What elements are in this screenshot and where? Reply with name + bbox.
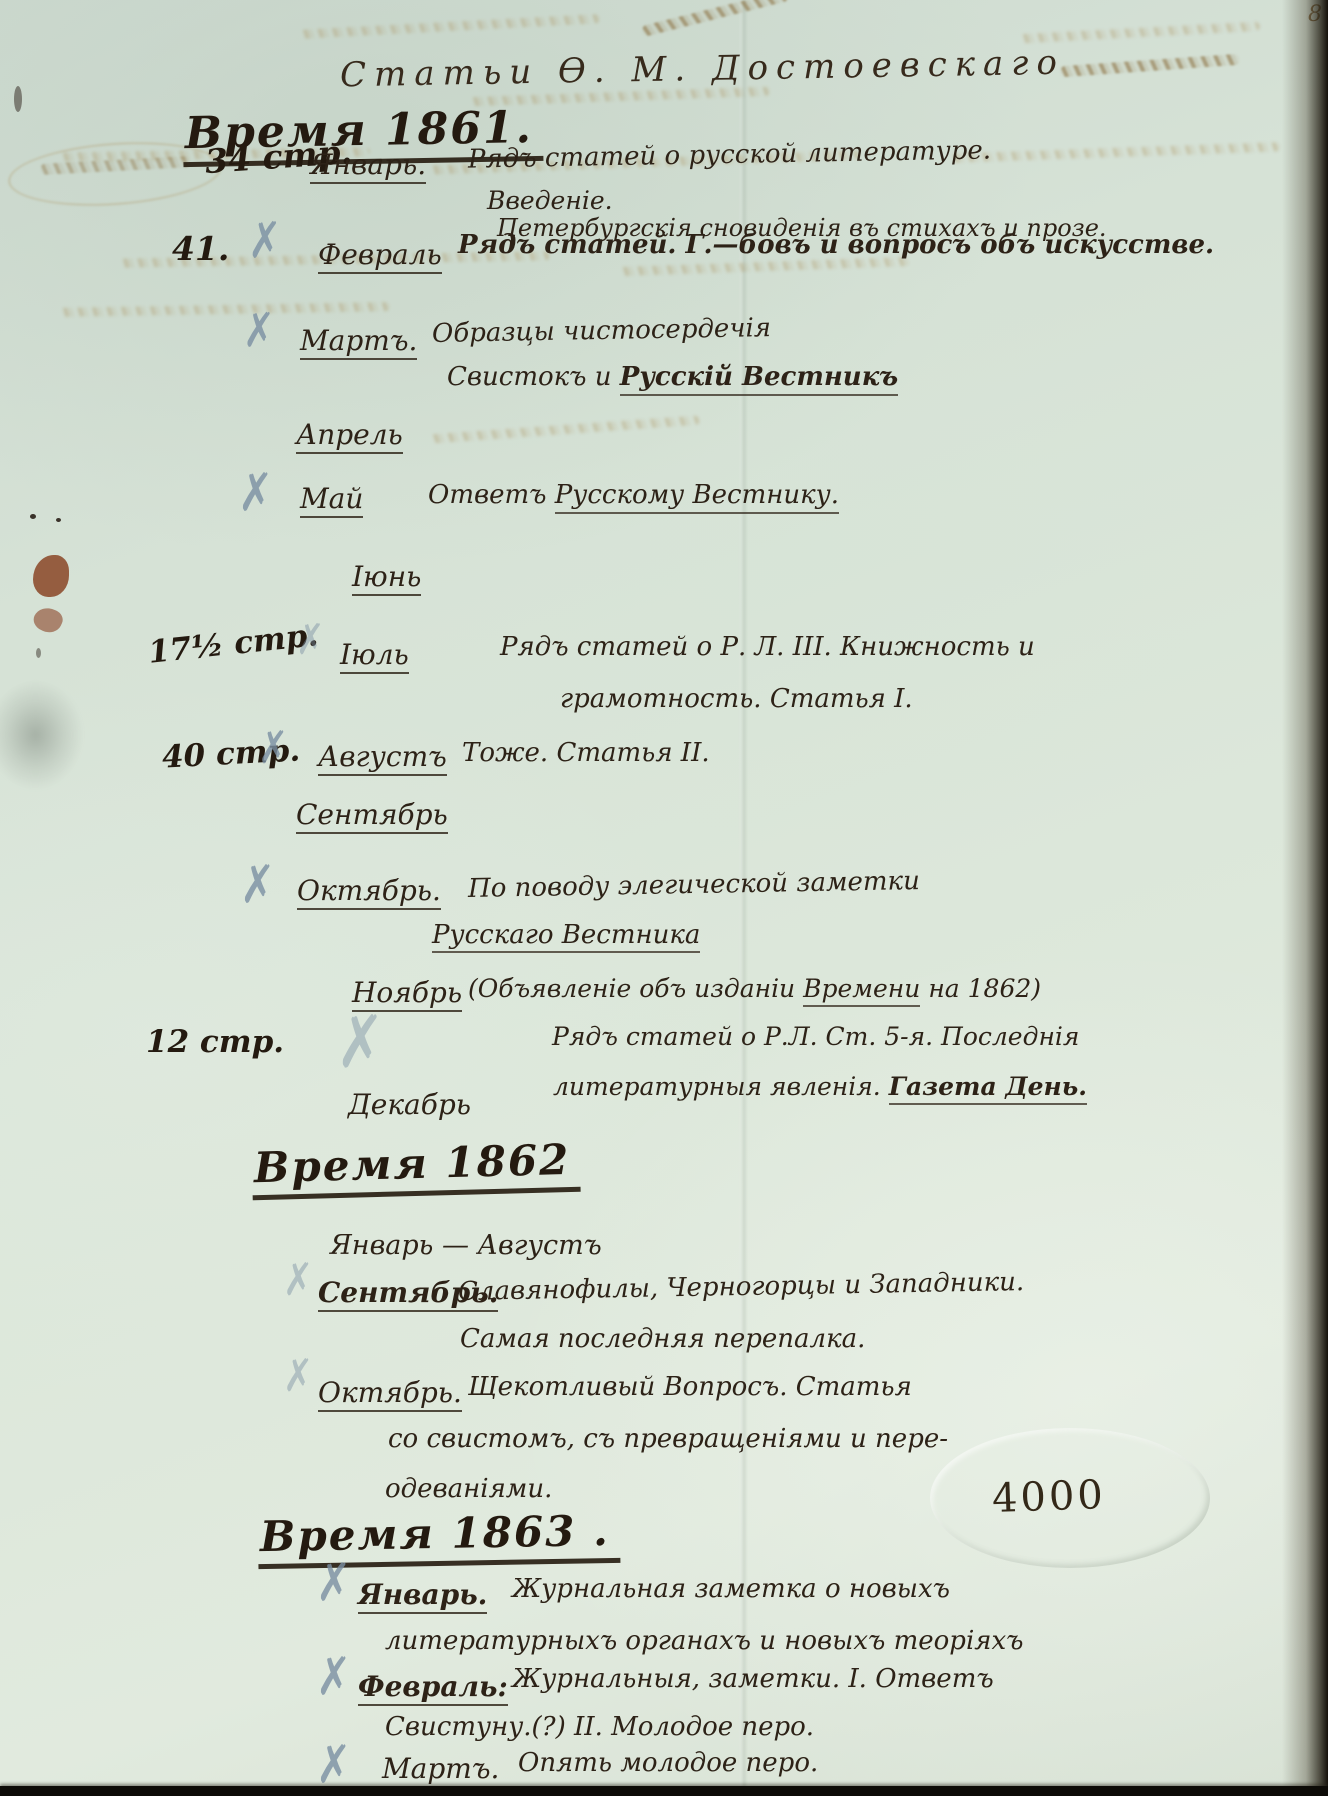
entry-text: Введеніе. (487, 188, 613, 214)
entry-text-line: Свистокъ и Русскій Вестникъ (447, 364, 898, 391)
paper-smudge (0, 680, 83, 790)
bleed-through-mark (641, 0, 789, 37)
scan-bottom-band (0, 1786, 1328, 1796)
entry-text: литературныхъ органахъ и новыхъ теоріяхъ (385, 1628, 1023, 1655)
ink-blot (30, 603, 66, 637)
entry-pages: 17½ стр. (147, 619, 320, 669)
ink-blot (33, 555, 69, 597)
entry-text: Рядъ статей о русской литературе. (468, 137, 991, 173)
bleed-through-mark (1020, 22, 1260, 44)
entry-text: одеваніями. (385, 1476, 552, 1503)
check-mark-icon: ✗ (316, 1646, 351, 1707)
section-heading-1863: Время 1863 . (258, 1509, 621, 1569)
bleed-through-mark (950, 142, 1280, 163)
ink-speck (30, 514, 36, 519)
entry-text-underlined: Времени (803, 974, 920, 1007)
entry-text-underlined: Русскій Вестникъ (620, 362, 898, 396)
entry-month: Февраль (318, 240, 442, 274)
check-mark-icon: ✗ (238, 462, 273, 523)
entry-text-underlined: Русскому Вестнику. (555, 480, 839, 514)
entry-month: Январь. (310, 150, 426, 184)
entry-month: Декабрь (348, 1090, 471, 1119)
entry-month: Августъ (318, 742, 447, 776)
entry-text: По поводу элегической заметки (468, 868, 920, 903)
check-mark-icon: ✗ (243, 303, 275, 358)
check-mark-icon: ✗ (316, 1552, 351, 1613)
page-title: Статьи Ѳ. М. Достоевскаго (340, 46, 1065, 94)
entry-text: Тоже. Статья II. (462, 740, 710, 767)
bleed-through-mark (1060, 54, 1240, 78)
manuscript-page: 8 Статьи Ѳ. М. Достоевскаго Время 1861. … (0, 0, 1328, 1796)
entry-text: Щекотливый Вопросъ. Статья (468, 1374, 912, 1401)
entry-month: Іюнь (352, 562, 421, 596)
entry-month: Мартъ. (300, 326, 417, 360)
ink-speck (56, 518, 61, 522)
entry-text: Образцы чистосердечія (432, 315, 771, 348)
check-mark-icon: ✗ (283, 1351, 313, 1402)
bleed-through-mark (300, 14, 600, 39)
bleed-through-mark (430, 416, 700, 444)
entry-text: Свистуну.(?) II. Молодое перо. (385, 1714, 814, 1741)
stamp-number: 4000 (991, 1472, 1106, 1522)
entry-text: Ответъ (428, 480, 555, 510)
entry-month: Апрель (296, 420, 403, 454)
entry-text: Свистокъ и (447, 362, 620, 392)
entry-text: Рядъ статей о Р. Л. III. Книжность и (500, 634, 1035, 661)
entry-text: Рядъ статей. Г.—бовъ и вопросъ объ искус… (458, 232, 1214, 259)
entry-month: Сентябрь (296, 800, 448, 834)
entry-text: Январь — Августъ (330, 1232, 602, 1260)
check-mark-icon: ✗ (240, 854, 275, 915)
entry-text: на 1862) (920, 974, 1041, 1003)
entry-pages: 12 стр. (146, 1026, 284, 1059)
entry-text: Журнальная заметка о новыхъ (512, 1576, 950, 1603)
entry-text: Опять молодое перо. (518, 1750, 818, 1777)
entry-text: (Объявленіе объ изданіи (468, 974, 803, 1003)
entry-text-line: (Объявленіе объ изданіи Времени на 1862) (468, 976, 1041, 1002)
entry-month: Октябрь. (297, 876, 441, 910)
entry-text: Самая последняя перепалка. (460, 1326, 865, 1353)
entry-month: Мартъ. (382, 1754, 499, 1788)
entry-month: Январь. (358, 1580, 487, 1614)
check-mark-icon: ✗ (283, 1255, 313, 1306)
entry-text-line: литературныя явленія. Газета День. (553, 1074, 1087, 1100)
check-mark-icon: ✗ (296, 615, 325, 665)
entry-text-underlined: Газета День. (889, 1072, 1087, 1105)
ink-speck (36, 648, 41, 658)
entry-month: Февраль: (358, 1672, 508, 1706)
entry-text: грамотность. Статья I. (560, 686, 913, 713)
entry-month: Іюль (340, 640, 409, 674)
entry-text: Славянофилы, Черногорцы и Западники. (458, 1269, 1025, 1306)
entry-month: Май (300, 484, 363, 518)
entry-text-line: Ответъ Русскому Вестнику. (428, 482, 839, 509)
bleed-through-mark (60, 302, 390, 317)
entry-pages: 41. (172, 232, 229, 267)
section-heading-1862: Время 1862 (251, 1138, 581, 1201)
entry-text: Журнальныя, заметки. I. Ответъ (512, 1666, 994, 1693)
entry-month: Октябрь. (318, 1378, 462, 1412)
entry-text: Рядъ статей о Р.Л. Ст. 5-я. Последнія (552, 1024, 1079, 1050)
check-mark-icon: ✗ (248, 212, 282, 270)
check-mark-icon: ✗ (258, 723, 288, 774)
check-mark-icon: ✗ (336, 1000, 385, 1085)
entry-text: со свистомъ, съ превращеніями и пере- (388, 1426, 948, 1453)
entry-text-underlined: Русскаго Вестника (432, 922, 700, 953)
ink-speck (14, 86, 22, 112)
entry-text: литературныя явленія. (553, 1072, 889, 1101)
page-edge-shadow (1282, 0, 1328, 1796)
